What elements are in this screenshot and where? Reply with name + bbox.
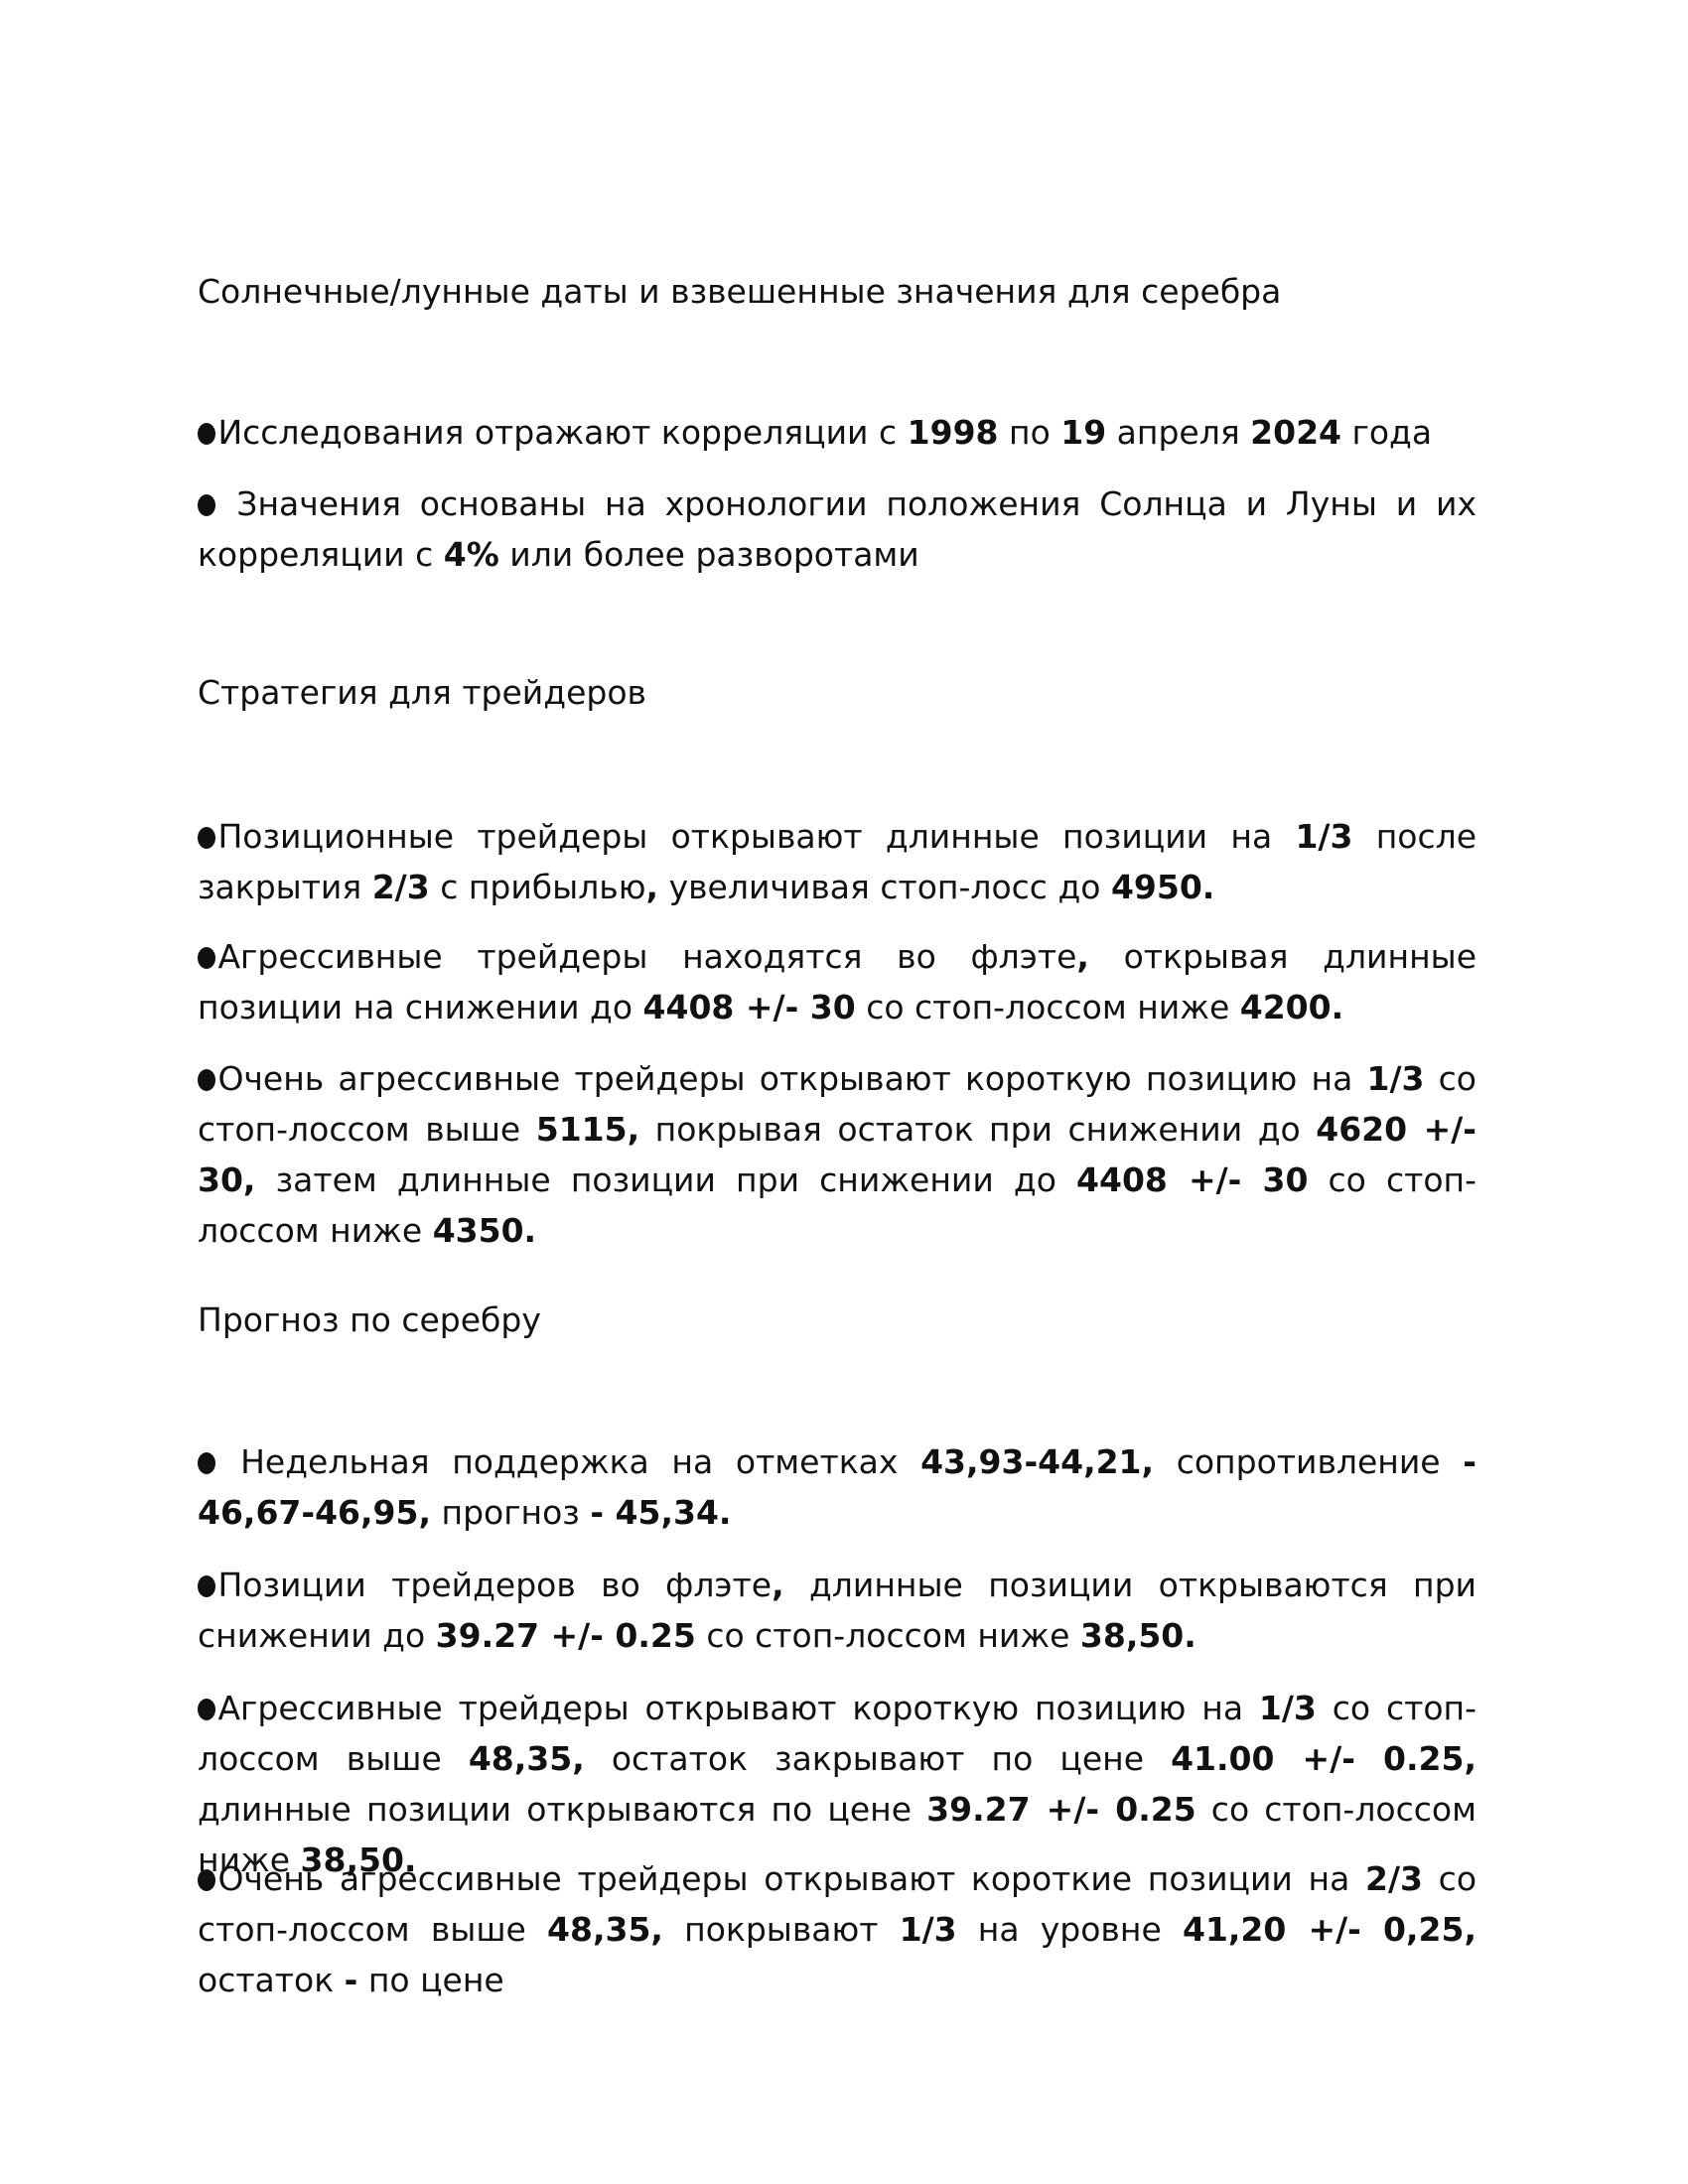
text-run: или более разворотами — [499, 535, 919, 574]
emphasis-value: 4350. — [433, 1211, 536, 1250]
section-heading-silver-forecast: Прогноз по серебру — [198, 1295, 1477, 1345]
emphasis-value: , — [1076, 937, 1089, 976]
emphasis-value: 1/3 — [1259, 1689, 1317, 1727]
text-run: остаток — [198, 1961, 345, 1999]
emphasis-value: 4408 +/- 30 — [1076, 1160, 1308, 1199]
emphasis-value: 2/3 — [1365, 1859, 1423, 1898]
emphasis-value: 5115, — [536, 1110, 639, 1149]
emphasis-value: 48,35, — [469, 1739, 585, 1778]
bullet-dot-icon — [198, 407, 217, 458]
emphasis-value: 39.27 +/- 0.25 — [926, 1790, 1196, 1829]
bullet-dot-icon — [198, 478, 217, 529]
text-run: апреля — [1106, 413, 1250, 452]
text-run: увеличивая стоп-лосс до — [658, 868, 1111, 906]
emphasis-value: 38,50. — [1080, 1616, 1196, 1655]
text-run: Позиционные трейдеры открывают длинные п… — [217, 817, 1295, 856]
text-run: покрывая остаток при снижении до — [639, 1110, 1316, 1149]
text-run: затем длинные позиции при снижении до — [255, 1160, 1076, 1199]
emphasis-value: 39.27 +/- 0.25 — [436, 1616, 696, 1655]
section-heading-strategy: Стратегия для трейдеров — [198, 667, 1477, 718]
bullet-very-aggressive-traders: Очень агрессивные трейдеры открывают кор… — [198, 1053, 1477, 1256]
emphasis-value: 4950. — [1111, 868, 1214, 906]
text-run: Исследования отражают корреляции с — [217, 413, 907, 452]
text-run: на уровне — [957, 1910, 1183, 1949]
text-run: остаток закрывают по цене — [585, 1739, 1171, 1778]
emphasis-value: 2024 — [1250, 413, 1341, 452]
text-run: Недельная поддержка на отметках — [217, 1442, 920, 1481]
emphasis-value: 1998 — [908, 413, 999, 452]
bullet-dot-icon — [198, 1683, 217, 1733]
emphasis-value: - 45,34. — [590, 1493, 731, 1532]
bullet-dot-icon — [198, 1053, 217, 1104]
bullet-research-period: Исследования отражают корреляции с 1998 … — [198, 407, 1477, 458]
bullet-weekly-support: Недельная поддержка на отметках 43,93-44… — [198, 1436, 1477, 1538]
text-run: длинные позиции открываются по цене — [198, 1790, 926, 1829]
text-run: Очень агрессивные трейдеры открывают кор… — [217, 1059, 1366, 1098]
bullet-dot-icon — [198, 811, 217, 862]
text-run: сопротивление — [1154, 1442, 1463, 1481]
bullet-values-basis: Значения основаны на хронологии положени… — [198, 478, 1477, 580]
emphasis-value: , — [646, 868, 659, 906]
emphasis-value: 41.00 +/- 0.25, — [1171, 1739, 1477, 1778]
bullet-position-traders: Позиционные трейдеры открывают длинные п… — [198, 811, 1477, 912]
emphasis-value: 48,35, — [547, 1910, 663, 1949]
bullet-aggressive-traders: Агрессивные трейдеры находятся во флэте,… — [198, 931, 1477, 1032]
text-run: Позиции трейдеров во флэте — [217, 1566, 772, 1604]
bullet-dot-icon — [198, 1853, 217, 1904]
text-run: со стоп-лоссом ниже — [856, 988, 1240, 1026]
text-run: покрывают — [663, 1910, 900, 1949]
text-run: со стоп-лоссом ниже — [696, 1616, 1080, 1655]
emphasis-value: , — [772, 1566, 784, 1604]
text-run: по — [999, 413, 1061, 452]
emphasis-value: 43,93-44,21, — [920, 1442, 1154, 1481]
emphasis-value: 1/3 — [900, 1910, 957, 1949]
emphasis-value: 2/3 — [372, 868, 430, 906]
bullet-dot-icon — [198, 1436, 217, 1487]
emphasis-value: 4408 +/- 30 — [643, 988, 856, 1026]
emphasis-value: 4% — [444, 535, 499, 574]
bullet-flat-traders: Позиции трейдеров во флэте, длинные пози… — [198, 1560, 1477, 1661]
text-run: с прибылью — [430, 868, 646, 906]
text-run: прогноз — [431, 1493, 590, 1532]
emphasis-value: 1/3 — [1367, 1059, 1425, 1098]
bullet-dot-icon — [198, 931, 217, 982]
text-run: года — [1341, 413, 1432, 452]
section-heading-sun-moon: Солнечные/лунные даты и взвешенные значе… — [198, 266, 1477, 317]
text-run: по цене — [357, 1961, 503, 1999]
emphasis-value: 19 — [1060, 413, 1106, 452]
emphasis-value: 1/3 — [1295, 817, 1352, 856]
text-run: Очень агрессивные трейдеры открывают кор… — [217, 1859, 1365, 1898]
emphasis-value: - — [345, 1961, 358, 1999]
emphasis-value: 4200. — [1240, 988, 1343, 1026]
text-run: Агрессивные трейдеры открывают короткую … — [217, 1689, 1258, 1727]
text-run: Агрессивные трейдеры находятся во флэте — [217, 937, 1076, 976]
emphasis-value: 41,20 +/- 0,25, — [1183, 1910, 1477, 1949]
bullet-silver-very-aggressive-traders: Очень агрессивные трейдеры открывают кор… — [198, 1853, 1477, 2005]
bullet-dot-icon — [198, 1560, 217, 1610]
